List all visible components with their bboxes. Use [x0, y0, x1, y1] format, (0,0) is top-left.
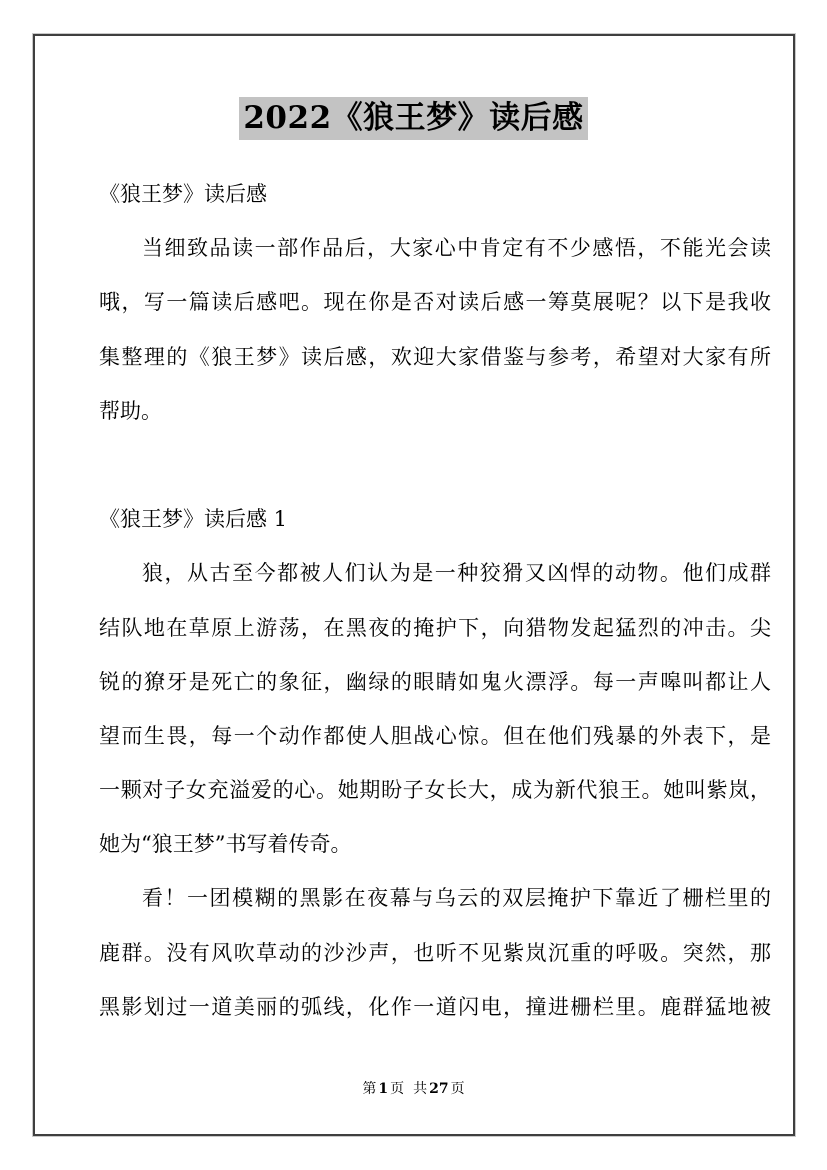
document-body: 《狼王梦》读后感 当细致品读一部作品后，大家心中肯定有不少感悟，不能光会读 哦，… [99, 167, 771, 1034]
body-line: 望而生畏，每一个动作都使人胆战心惊。但在他们残暴的外表下，是 [99, 709, 771, 763]
body-line: 看！一团模糊的黑影在夜幕与乌云的双层掩护下靠近了栅栏里的 [99, 871, 771, 925]
title-row: 2022《狼王梦》读后感 [0, 97, 827, 140]
body-line-blank [99, 438, 771, 492]
footer-current-page-number: 1 [376, 1081, 390, 1097]
footer-page-prefix: 第 [362, 1081, 376, 1097]
page-footer: 第1页共27页 [0, 1079, 827, 1100]
document-title: 2022《狼王梦》读后感 [239, 97, 587, 140]
footer-total-prefix: 共 [413, 1081, 427, 1097]
footer-total-page-number: 27 [427, 1081, 450, 1097]
footer-page-char: 页 [390, 1081, 404, 1097]
footer-page-char: 页 [451, 1081, 465, 1097]
body-line: 当细致品读一部作品后，大家心中肯定有不少感悟，不能光会读 [99, 221, 771, 275]
body-line: 集整理的《狼王梦》读后感，欢迎大家借鉴与参考，希望对大家有所 [99, 330, 771, 384]
body-line: 帮助。 [99, 384, 771, 438]
body-line: 哦，写一篇读后感吧。现在你是否对读后感一筹莫展呢？以下是我收 [99, 275, 771, 329]
body-line: 鹿群。没有风吹草动的沙沙声，也听不见紫岚沉重的呼吸。突然，那 [99, 926, 771, 980]
body-line: 黑影划过一道美丽的弧线，化作一道闪电，撞进栅栏里。鹿群猛地被 [99, 980, 771, 1034]
body-line: 她为“狼王梦”书写着传奇。 [99, 817, 771, 871]
body-line: 一颗对子女充溢爱的心。她期盼子女长大，成为新代狼王。她叫紫岚， [99, 763, 771, 817]
body-line: 锐的獠牙是死亡的象征，幽绿的眼睛如鬼火漂浮。每一声嗥叫都让人 [99, 655, 771, 709]
body-line: 结队地在草原上游荡，在黑夜的掩护下，向猎物发起猛烈的冲击。尖 [99, 601, 771, 655]
body-line-section-heading: 《狼王梦》读后感 1 [99, 492, 771, 546]
body-line: 《狼王梦》读后感 [99, 167, 771, 221]
body-line: 狼，从古至今都被人们认为是一种狡猾又凶悍的动物。他们成群 [99, 546, 771, 600]
